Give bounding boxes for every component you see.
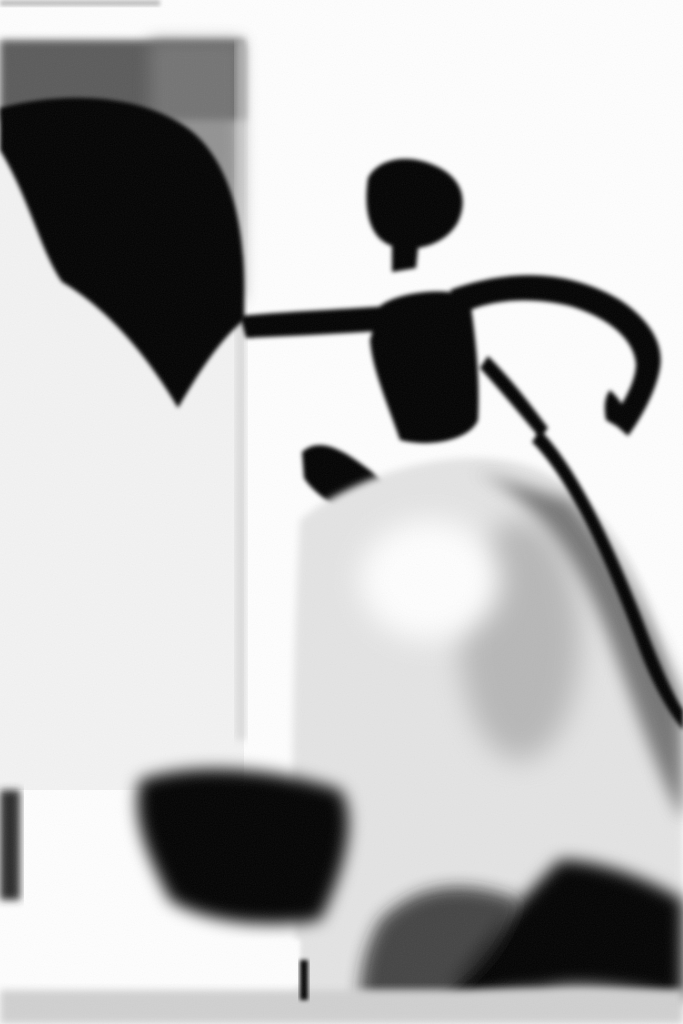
- grain-overlay: [0, 0, 683, 1024]
- photograph: [0, 0, 683, 1024]
